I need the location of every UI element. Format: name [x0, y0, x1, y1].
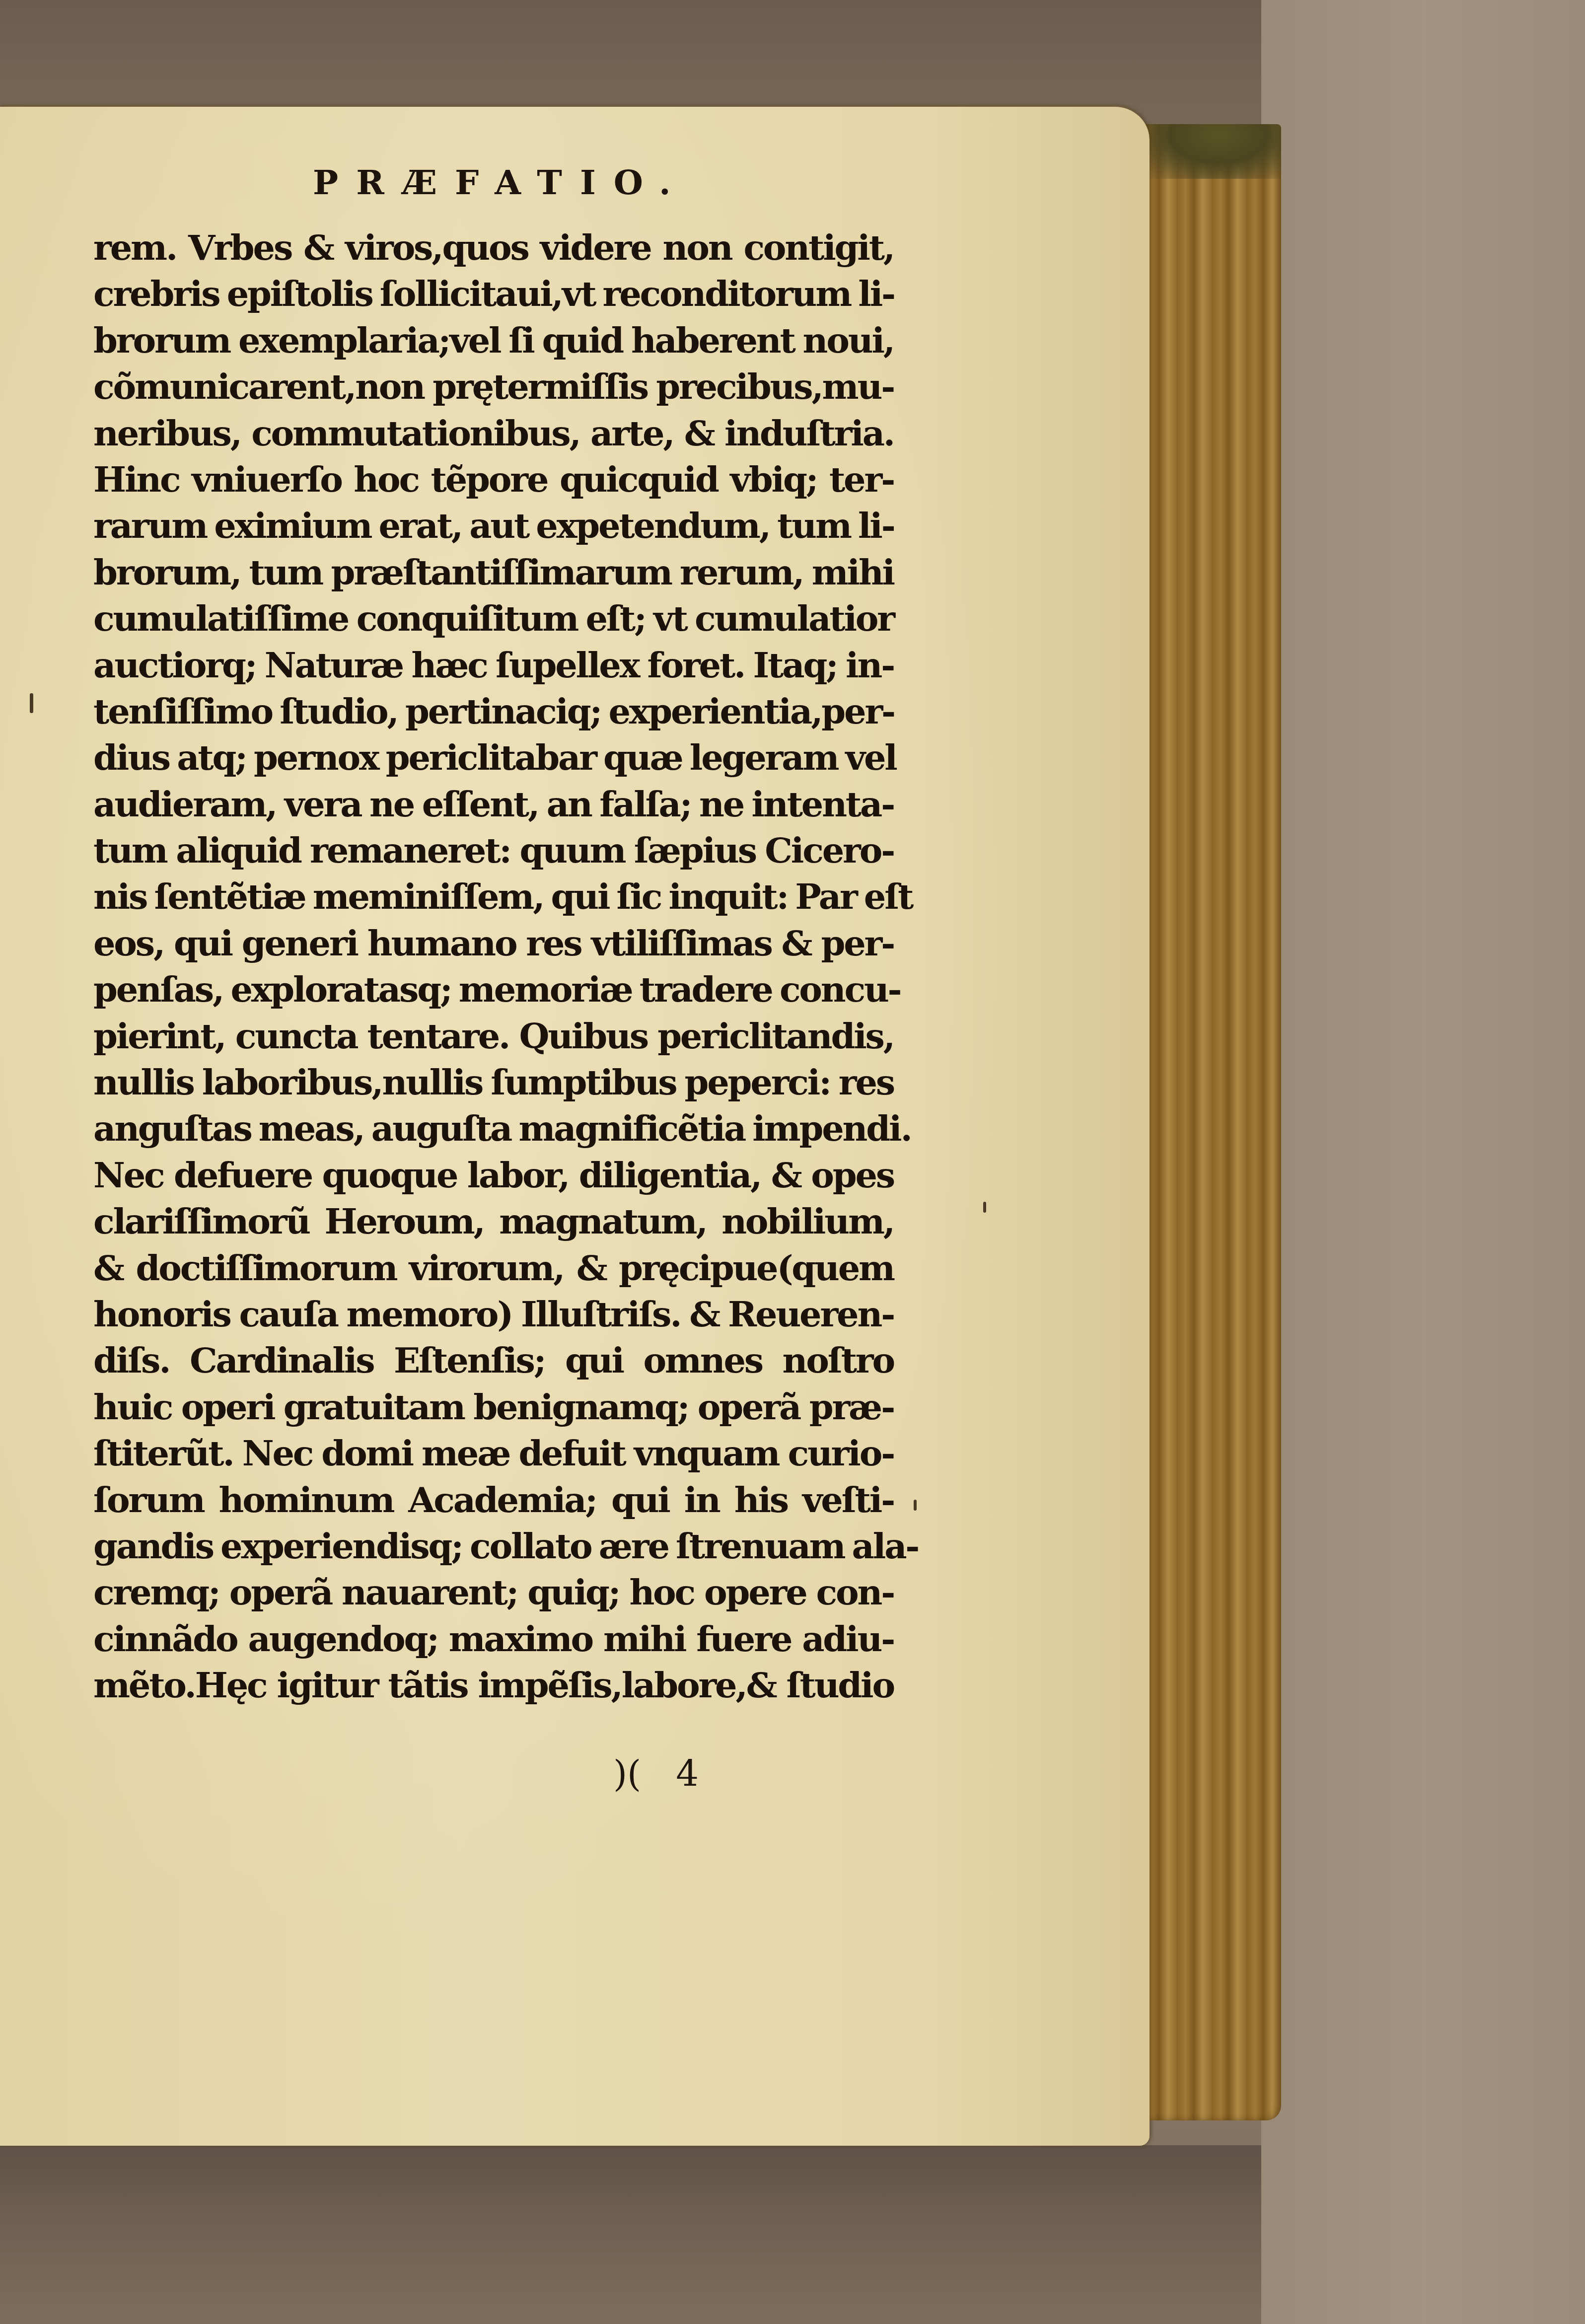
running-head: PRÆFATIO.: [313, 163, 650, 203]
text-line: clariſſimorũ Heroum, magnatum, nobilium,: [93, 1198, 894, 1244]
text-line: cõmunicarent,non prętermiſſis precibus,m…: [93, 363, 894, 410]
book-headband: [1142, 124, 1281, 179]
text-line: eos, qui generi humano res vtiliſſimas &…: [93, 920, 894, 966]
text-line: nullis laboribus,nullis ſumptibus peperc…: [93, 1059, 894, 1105]
signature-symbol: )(: [613, 1753, 641, 1795]
text-line: huic operi gratuitam benignamq; operã pr…: [93, 1384, 894, 1430]
text-line: Nec defuere quoque labor, diligentia, & …: [93, 1152, 894, 1198]
text-line: ſtiterũt. Nec domi meæ defuit vnquam cur…: [93, 1430, 894, 1476]
text-line: cinnãdo augendoq; maximo mihi fuere adiu…: [93, 1616, 894, 1662]
text-line: crebris epiſtolis ſollicitaui,vt recondi…: [93, 271, 894, 317]
signature-number: 4: [676, 1753, 699, 1795]
text-line: dius atq; pernox periclitabar quæ legera…: [93, 734, 894, 781]
margin-mark: [914, 1500, 917, 1511]
text-line: honoris cauſa memoro) Illuſtriſs. & Reue…: [93, 1291, 894, 1337]
text-line: neribus, commutationibus, arte, & induſt…: [93, 410, 894, 456]
text-line: diſs. Cardinalis Eſtenſis; qui omnes noſ…: [93, 1337, 894, 1383]
text-line: auctiorq; Naturæ hæc ſupellex foret. Ita…: [93, 642, 894, 688]
signature-mark: )(4: [613, 1753, 699, 1795]
text-line: rem. Vrbes & viros,quos videre non conti…: [93, 224, 894, 271]
text-line: anguſtas meas, auguſta magnificẽtia impe…: [93, 1105, 894, 1152]
margin-mark: [983, 1202, 986, 1213]
text-line: nis ſentẽtiæ meminiſſem, qui ſic inquit:…: [93, 873, 894, 920]
text-line: tenſiſſimo ſtudio, pertinaciq; experient…: [93, 688, 894, 734]
body-text: rem. Vrbes & viros,quos videre non conti…: [93, 224, 894, 1709]
text-line: audieram, vera ne eſſent, an falſa; ne i…: [93, 781, 894, 827]
text-line: tum aliquid remaneret: quum ſæpius Cicer…: [93, 827, 894, 873]
text-line: ſorum hominum Academia; qui in his veſti…: [93, 1477, 894, 1523]
book-fore-edge: [1142, 124, 1281, 2120]
text-line: brorum, tum præſtantiſſimarum rerum, mih…: [93, 549, 894, 595]
text-line: cremq; operã nauarent; quiq; hoc opere c…: [93, 1569, 894, 1615]
background-shadow: [0, 2145, 1261, 2324]
background-surface: [1261, 0, 1585, 2324]
margin-mark: [30, 693, 33, 713]
text-line: gandis experiendisq; collato ære ſtrenua…: [93, 1523, 894, 1569]
text-line: Hinc vniuerſo hoc tẽpore quicquid vbiq; …: [93, 456, 894, 503]
text-line: mẽto.Hęc igitur tãtis impẽſis,labore,& ſ…: [93, 1662, 894, 1708]
text-line: cumulatiſſime conquiſitum eſt; vt cumula…: [93, 595, 894, 642]
text-line: pierint, cuncta tentare. Quibus periclit…: [93, 1013, 894, 1059]
text-line: & doctiſſimorum virorum, & pręcipue(quem: [93, 1245, 894, 1291]
text-line: rarum eximium erat, aut expetendum, tum …: [93, 503, 894, 549]
text-line: penſas, exploratasq; memoriæ tradere con…: [93, 966, 894, 1013]
text-line: brorum exemplaria;vel ſi quid haberent n…: [93, 317, 894, 363]
